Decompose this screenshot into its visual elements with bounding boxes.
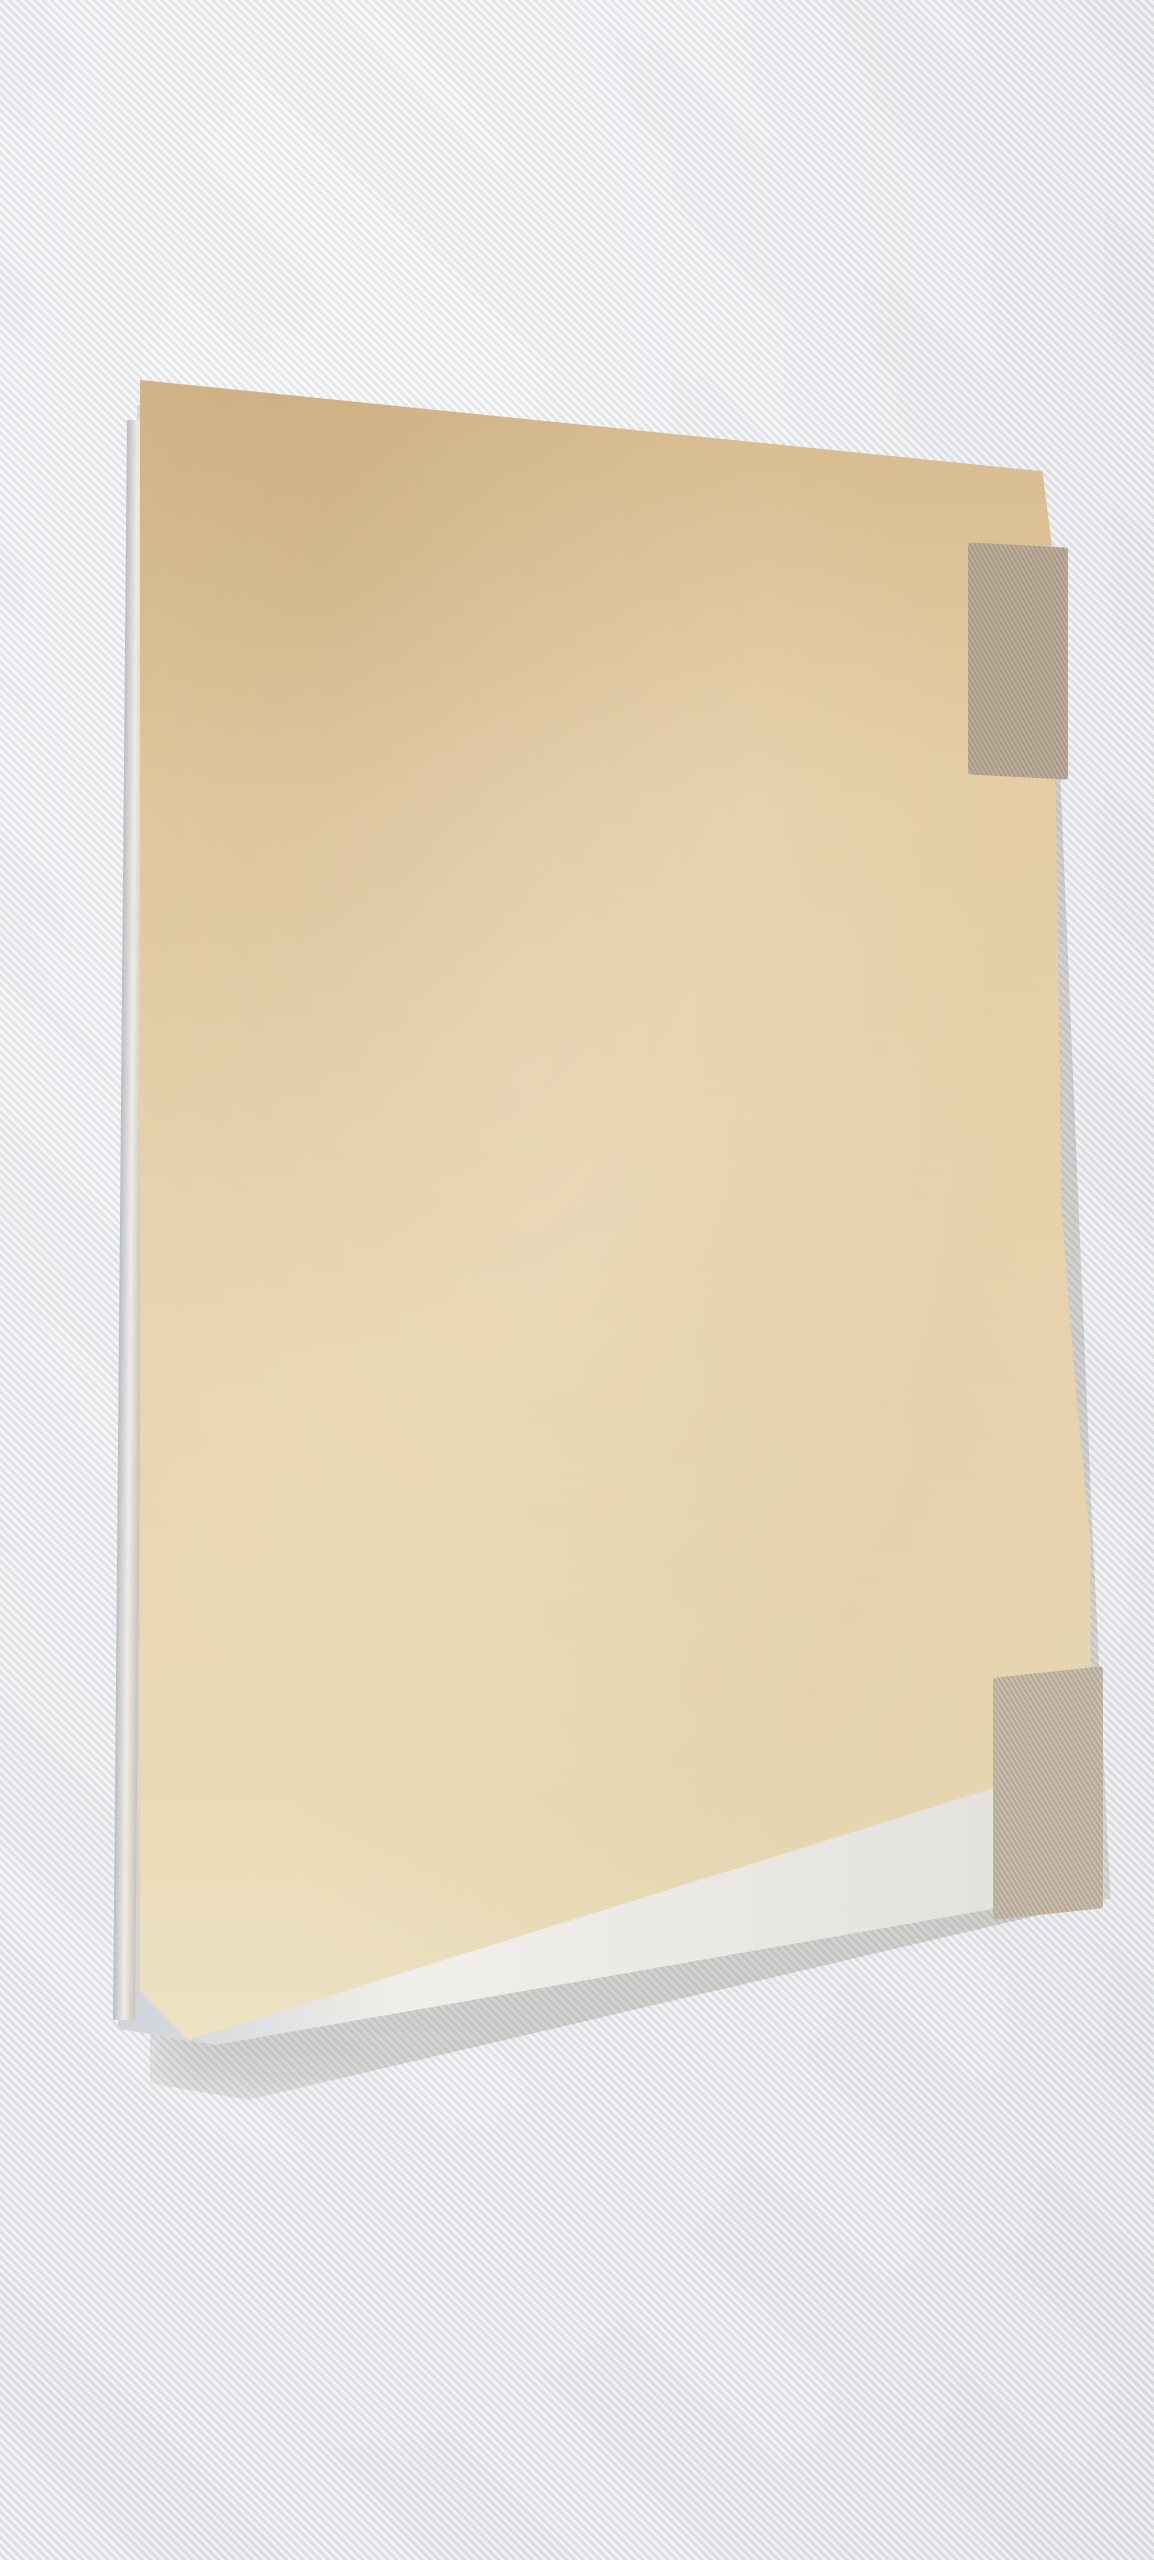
corner-patch-bottom [993,1666,1103,1920]
book-cover [140,380,1100,2040]
corner-patch-top [968,542,1068,779]
